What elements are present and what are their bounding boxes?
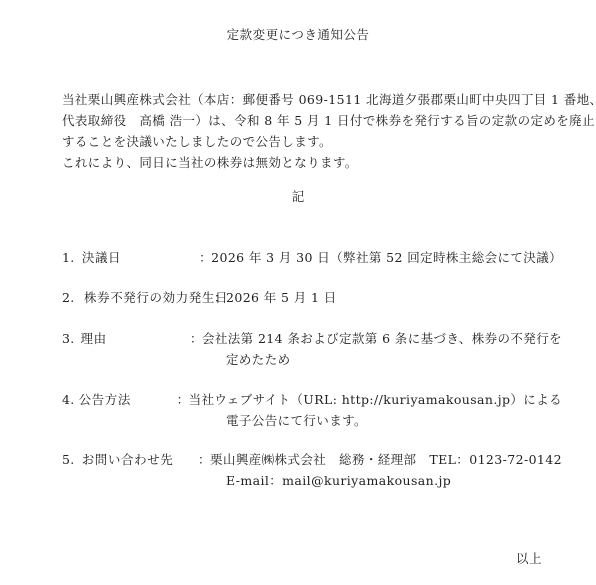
item-number: 3. — [62, 328, 81, 349]
item-value: 当社ウェブサイト（URL: http://kuriyamakousan.jp）に… — [189, 389, 562, 410]
item-reason: 3. 理由 ： 会社法第 214 条および定款第 6 条に基づき、株券の不発行を… — [62, 328, 562, 370]
intro-line: することを決議いたしましたので公告します。 — [62, 131, 542, 152]
closing-mark: 以上 — [516, 549, 542, 567]
intro-line: 当社栗山興産株式会社（本店：郵便番号 069-1511 北海道夕張郡栗山町中央四… — [62, 89, 542, 110]
item-value: 会社法第 214 条および定款第 6 条に基づき、株券の不発行を — [202, 328, 562, 349]
item-row: 4. 公告方法 ： 当社ウェブサイト（URL: http://kuriyamak… — [62, 389, 562, 410]
item-colon: ： — [214, 287, 226, 308]
item-row: 2. 株券不発行の効力発生日 ： 2026 年 5 月 1 日 — [62, 287, 562, 308]
item-colon: ： — [177, 389, 189, 410]
item-number: 2. — [62, 287, 84, 308]
item-value: 2026 年 3 月 30 日（弊社第 52 回定時株主総会にて決議） — [211, 247, 562, 268]
item-colon: ： — [190, 328, 202, 349]
item-number: 1. — [62, 247, 82, 268]
item-contact: 5. お問い合わせ先 ： 栗山興産㈱株式会社 総務・経理部 TEL：0123-7… — [62, 449, 562, 491]
item-colon: ： — [199, 247, 211, 268]
intro-line: 代表取締役 高橋 浩一）は、令和 8 年 5 月 1 日付で株券を発行する旨の定… — [62, 110, 542, 131]
intro-paragraph: 当社栗山興産株式会社（本店：郵便番号 069-1511 北海道夕張郡栗山町中央四… — [62, 89, 542, 173]
item-colon: ： — [198, 449, 210, 470]
item-label: 決議日 — [82, 247, 199, 268]
item-value-continuation: 電子公告にて行います。 — [62, 410, 562, 431]
item-label: 理由 — [81, 328, 190, 349]
item-announcement-method: 4. 公告方法 ： 当社ウェブサイト（URL: http://kuriyamak… — [62, 389, 562, 431]
ki-heading: 記 — [0, 187, 596, 205]
item-label: お問い合わせ先 — [82, 449, 198, 470]
intro-line: これにより、同日に当社の株券は無効となります。 — [62, 152, 542, 173]
item-number: 5. — [62, 449, 82, 470]
item-effective-date: 2. 株券不発行の効力発生日 ： 2026 年 5 月 1 日 — [62, 287, 562, 308]
item-row: 1. 決議日 ： 2026 年 3 月 30 日（弊社第 52 回定時株主総会に… — [62, 247, 562, 268]
item-value: 2026 年 5 月 1 日 — [226, 287, 337, 308]
document-title: 定款変更につき通知公告 — [0, 25, 596, 43]
item-number: 4. — [62, 389, 79, 410]
item-label: 公告方法 — [79, 389, 177, 410]
item-label: 株券不発行の効力発生日 — [84, 287, 214, 308]
item-row: 3. 理由 ： 会社法第 214 条および定款第 6 条に基づき、株券の不発行を — [62, 328, 562, 349]
item-resolution-date: 1. 決議日 ： 2026 年 3 月 30 日（弊社第 52 回定時株主総会に… — [62, 247, 562, 268]
item-value: 栗山興産㈱株式会社 総務・経理部 TEL：0123-72-0142 — [210, 449, 562, 470]
item-row: 5. お問い合わせ先 ： 栗山興産㈱株式会社 総務・経理部 TEL：0123-7… — [62, 449, 562, 470]
item-value-continuation: 定めたため — [62, 349, 562, 370]
item-value-continuation: E-mail：mail@kuriyamakousan.jp — [62, 470, 562, 491]
